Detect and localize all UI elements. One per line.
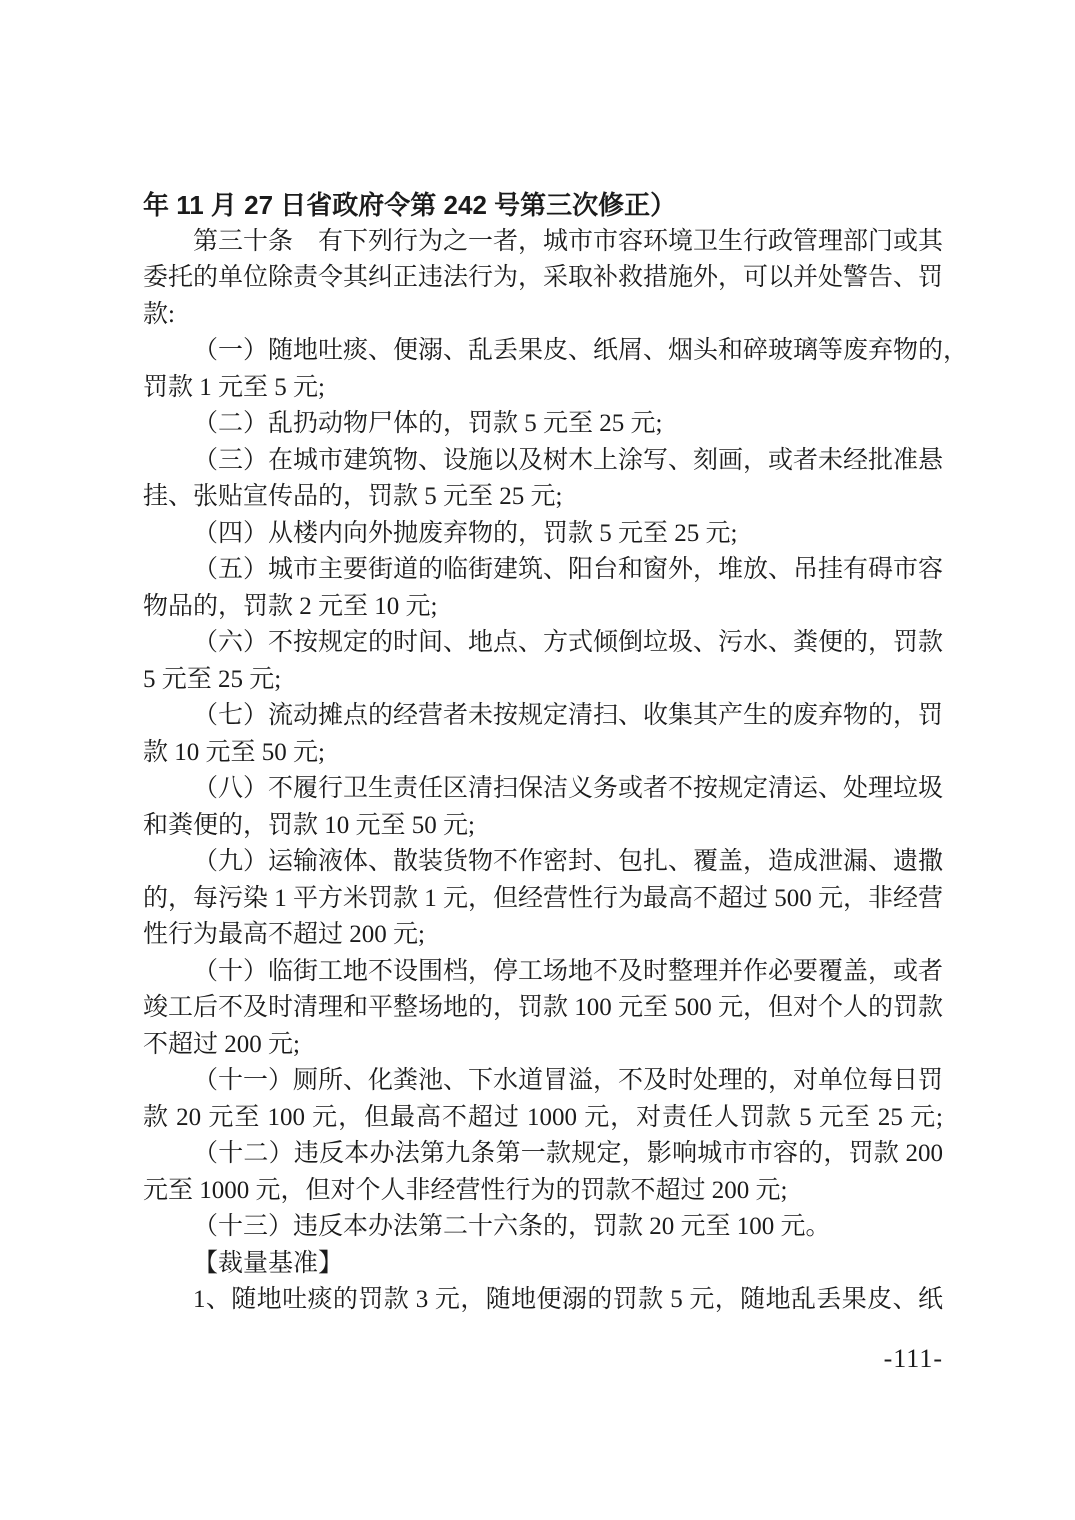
text-line: （九）运输液体、散装货物不作密封、包扎、覆盖，造成泄漏、遗撒	[143, 844, 943, 881]
text-line: （一）随地吐痰、便溺、乱丢果皮、纸屑、烟头和碎玻璃等废弃物的，	[143, 333, 943, 370]
text-line: （四）从楼内向外抛废弃物的，罚款 5 元至 25 元;	[143, 516, 943, 553]
text-line: 5 元至 25 元;	[143, 662, 943, 699]
text-line: 性行为最高不超过 200 元;	[143, 917, 943, 954]
text-line: 第三十条 有下列行为之一者，城市市容环境卫生行政管理部门或其	[143, 224, 943, 261]
text-line: （二）乱扔动物尸体的，罚款 5 元至 25 元;	[143, 406, 943, 443]
text-line: （十三）违反本办法第二十六条的，罚款 20 元至 100 元。	[143, 1209, 943, 1246]
text-line: 款:	[143, 297, 943, 334]
text-line: 不超过 200 元;	[143, 1027, 943, 1064]
text-line: 的，每污染 1 平方米罚款 1 元，但经营性行为最高不超过 500 元，非经营	[143, 881, 943, 918]
text-line: （十一）厕所、化粪池、下水道冒溢，不及时处理的，对单位每日罚	[143, 1063, 943, 1100]
text-line: （八）不履行卫生责任区清扫保洁义务或者不按规定清运、处理垃圾	[143, 771, 943, 808]
text-line: （十二）违反本办法第九条第一款规定，影响城市市容的，罚款 200	[143, 1136, 943, 1173]
document-body: 年 11 月 27 日省政府令第 242 号第三次修正）第三十条 有下列行为之一…	[143, 187, 943, 1319]
text-line: （五）城市主要街道的临街建筑、阳台和窗外，堆放、吊挂有碍市容	[143, 552, 943, 589]
text-line: 和粪便的，罚款 10 元至 50 元;	[143, 808, 943, 845]
text-line: 罚款 1 元至 5 元;	[143, 370, 943, 407]
page-number: -111-	[143, 1344, 943, 1374]
text-line: 1、随地吐痰的罚款 3 元，随地便溺的罚款 5 元，随地乱丢果皮、纸	[143, 1282, 943, 1319]
text-line: 元至 1000 元，但对个人非经营性行为的罚款不超过 200 元;	[143, 1173, 943, 1210]
text-line: 委托的单位除责令其纠正违法行为，采取补救措施外，可以并处警告、罚	[143, 260, 943, 297]
text-line: 竣工后不及时清理和平整场地的，罚款 100 元至 500 元，但对个人的罚款	[143, 990, 943, 1027]
document-page: 年 11 月 27 日省政府令第 242 号第三次修正）第三十条 有下列行为之一…	[0, 0, 1075, 1520]
text-line: 款 10 元至 50 元;	[143, 735, 943, 772]
text-line: （三）在城市建筑物、设施以及树木上涂写、刻画，或者未经批准悬	[143, 443, 943, 480]
text-line: （六）不按规定的时间、地点、方式倾倒垃圾、污水、粪便的，罚款	[143, 625, 943, 662]
text-line: 款 20 元至 100 元，但最高不超过 1000 元，对责任人罚款 5 元至 …	[143, 1100, 943, 1137]
text-line: 挂、张贴宣传品的，罚款 5 元至 25 元;	[143, 479, 943, 516]
title-continuation-line: 年 11 月 27 日省政府令第 242 号第三次修正）	[143, 187, 943, 224]
text-line: （十）临街工地不设围档，停工场地不及时整理并作必要覆盖，或者	[143, 954, 943, 991]
text-line: （七）流动摊点的经营者未按规定清扫、收集其产生的废弃物的，罚	[143, 698, 943, 735]
text-line: 物品的，罚款 2 元至 10 元;	[143, 589, 943, 626]
text-line: 【裁量基准】	[143, 1246, 943, 1283]
